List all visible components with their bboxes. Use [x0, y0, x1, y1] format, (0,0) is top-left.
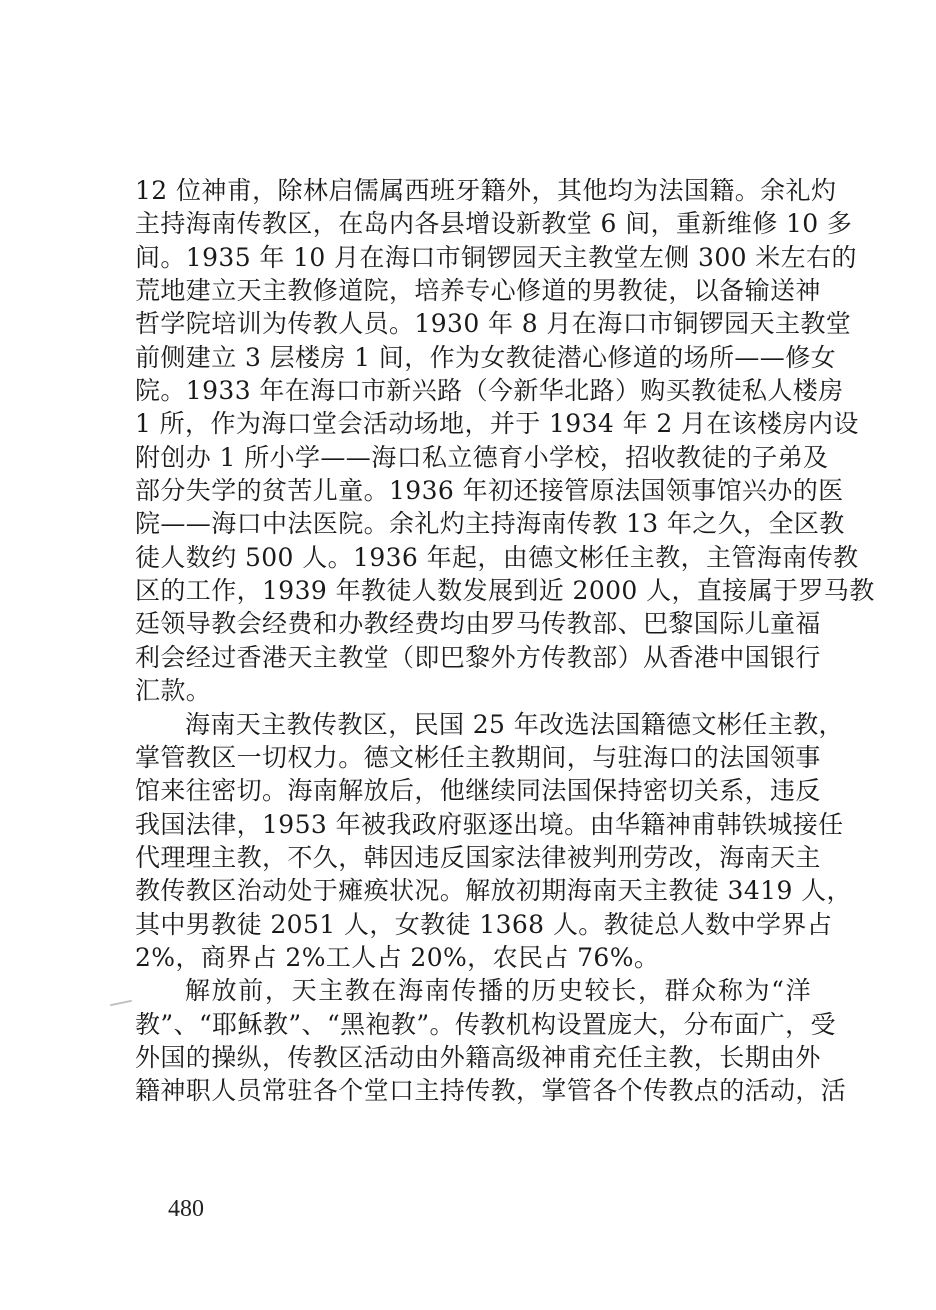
text-line: 间。1935 年 10 月在海口市铜锣园天主教堂左侧 300 米左右的 [135, 241, 811, 274]
text-line: 馆来往密切。海南解放后，他继续同法国保持密切关系，违反 [135, 774, 811, 807]
text-line: 海南天主教传教区，民国 25 年改选法国籍德文彬任主教， [135, 708, 811, 741]
text-line: 附创办 1 所小学——海口私立德育小学校，招收教徒的子弟及 [135, 441, 811, 474]
text-line: 利会经过香港天主教堂（即巴黎外方传教部）从香港中国银行 [135, 641, 811, 674]
book-page: 12 位神甫，除林启儒属西班牙籍外，其他均为法国籍。余礼灼 主持海南传教区，在岛… [0, 0, 936, 1310]
text-line: 2%，商界占 2%工人占 20%，农民占 76%。 [135, 941, 811, 974]
text-line: 其中男教徒 2051 人，女教徒 1368 人。教徒总人数中学界占 [135, 908, 811, 941]
text-line: 外国的操纵，传教区活动由外籍高级神甫充任主教，长期由外 [135, 1041, 811, 1074]
text-line: 教”、“耶稣教”、“黑袍教”。传教机构设置庞大，分布面广，受 [135, 1008, 811, 1041]
text-line: 哲学院培训为传教人员。1930 年 8 月在海口市铜锣园天主教堂 [135, 307, 811, 340]
text-line: 荒地建立天主教修道院，培养专心修道的男教徒，以备输送神 [135, 274, 811, 307]
paragraph-1: 12 位神甫，除林启儒属西班牙籍外，其他均为法国籍。余礼灼 主持海南传教区，在岛… [135, 174, 811, 708]
text-line: 掌管教区一切权力。德文彬任主教期间，与驻海口的法国领事 [135, 741, 811, 774]
text-line: 1 所，作为海口堂会活动场地，并于 1934 年 2 月在该楼房内设 [135, 407, 811, 440]
text-line: 我国法律，1953 年被我政府驱逐出境。由华籍神甫韩铁城接任 [135, 808, 811, 841]
text-line: 汇款。 [135, 674, 811, 707]
body-text: 12 位神甫，除林启儒属西班牙籍外，其他均为法国籍。余礼灼 主持海南传教区，在岛… [135, 174, 811, 1108]
text-line: 前侧建立 3 层楼房 1 间，作为女教徒潜心修道的场所——修女 [135, 341, 811, 374]
text-line: 代理理主教，不久，韩因违反国家法律被判刑劳改，海南天主 [135, 841, 811, 874]
scan-artifact-mark [110, 1000, 132, 1007]
paragraph-2: 海南天主教传教区，民国 25 年改选法国籍德文彬任主教， 掌管教区一切权力。德文… [135, 708, 811, 975]
page-number: 480 [168, 1196, 204, 1223]
text-line: 解放前，天主教在海南传播的历史较长，群众称为“洋 [135, 974, 811, 1007]
text-line: 教传教区治动处于瘫痪状况。解放初期海南天主教徒 3419 人， [135, 874, 811, 907]
text-line: 籍神职人员常驻各个堂口主持传教，掌管各个传教点的活动，活 [135, 1074, 811, 1107]
text-line: 徒人数约 500 人。1936 年起，由德文彬任主教，主管海南传教 [135, 541, 811, 574]
paragraph-3: 解放前，天主教在海南传播的历史较长，群众称为“洋 教”、“耶稣教”、“黑袍教”。… [135, 974, 811, 1107]
text-line: 主持海南传教区，在岛内各县增设新教堂 6 间，重新维修 10 多 [135, 207, 811, 240]
text-line: 部分失学的贫苦儿童。1936 年初还接管原法国领事馆兴办的医 [135, 474, 811, 507]
text-line: 12 位神甫，除林启儒属西班牙籍外，其他均为法国籍。余礼灼 [135, 174, 811, 207]
text-line: 廷领导教会经费和办教经费均由罗马传教部、巴黎国际儿童福 [135, 607, 811, 640]
text-line: 院。1933 年在海口市新兴路（今新华北路）购买教徒私人楼房 [135, 374, 811, 407]
text-line: 院——海口中法医院。余礼灼主持海南传教 13 年之久，全区教 [135, 507, 811, 540]
text-line: 区的工作，1939 年教徒人数发展到近 2000 人，直接属于罗马教 [135, 574, 811, 607]
